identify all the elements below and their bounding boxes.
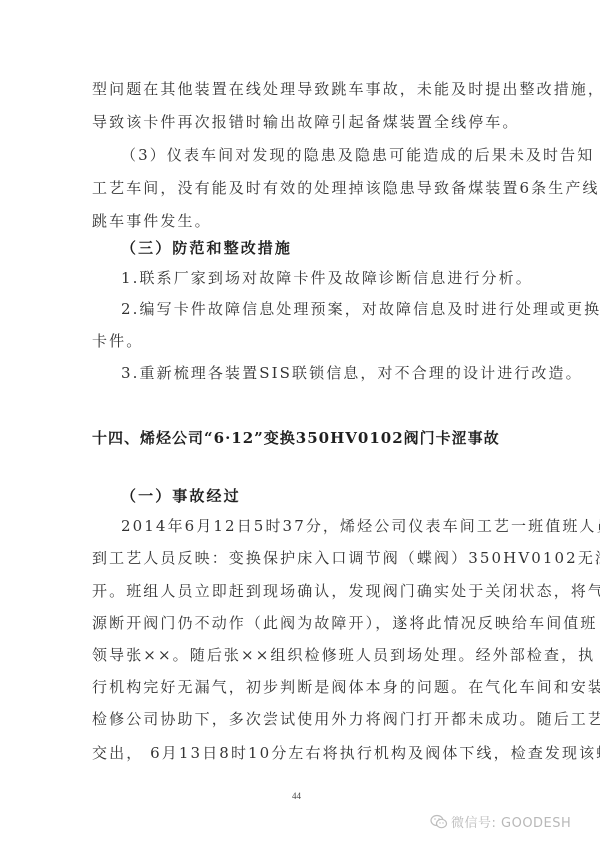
body-text-line: 2014年6月12日5时37分，烯烃公司仪表车间工艺一班值班人员接 [121, 516, 541, 536]
wechat-icon [430, 814, 448, 830]
body-text-line: 型问题在其他装置在线处理导致跳车事故，未能及时提出整改措施， [92, 79, 512, 99]
list-item: 2.编写卡件故障信息处理预案，对故障信息及时进行处理或更换 [121, 299, 541, 319]
body-text-line: 工艺车间，没有能及时有效的处理掉该隐患导致备煤装置6条生产线 [92, 178, 512, 198]
section-heading: （一）事故经过 [121, 486, 541, 506]
watermark-text: 微信号: GOODESH [451, 812, 571, 831]
body-text-line: （3）仪表车间对发现的隐患及隐患可能造成的后果未及时告知 [121, 145, 541, 165]
list-item: 3.重新梳理各装置SIS联锁信息，对不合理的设计进行改造。 [121, 363, 541, 383]
list-item: 1.联系厂家到场对故障卡件及故障诊断信息进行分析。 [121, 268, 541, 288]
body-text-line: 领导张××。随后张××组织检修班人员到场处理。经外部检查，执 [92, 645, 512, 665]
body-text-line: 跳车事件发生。 [92, 211, 512, 231]
body-text-line: 开。班组人员立即赶到现场确认，发现阀门确实处于关闭状态，将气 [92, 581, 512, 601]
list-item-continuation: 卡件。 [92, 331, 512, 351]
body-text-line: 检修公司协助下，多次尝试使用外力将阀门打开都未成功。随后工艺 [92, 709, 512, 729]
body-text-line: 行机构完好无漏气，初步判断是阀体本身的问题。在气化车间和安装 [92, 677, 512, 697]
body-text-line: 源断开阀门仍不动作（此阀为故障开），遂将此情况反映给车间值班 [92, 613, 512, 633]
body-text-line: 导致该卡件再次报错时输出故障引起备煤装置全线停车。 [92, 112, 512, 132]
body-text-line: 到工艺人员反映：变换保护床入口调节阀（蝶阀）350HV0102无法打 [92, 548, 512, 568]
section-heading: （三）防范和整改措施 [121, 238, 541, 258]
watermark: 微信号: GOODESH [430, 812, 571, 831]
document-page: 型问题在其他装置在线处理导致跳车事故，未能及时提出整改措施， 导致该卡件再次报错… [0, 0, 600, 848]
page-number: 44 [292, 791, 301, 801]
chapter-heading: 十四、烯烃公司“6·12”变换350HV0102阀门卡涩事故 [92, 428, 512, 448]
body-text-line: 交出， 6月13日8时10分左右将执行机构及阀体下线，检查发现该蝶 [92, 743, 512, 763]
